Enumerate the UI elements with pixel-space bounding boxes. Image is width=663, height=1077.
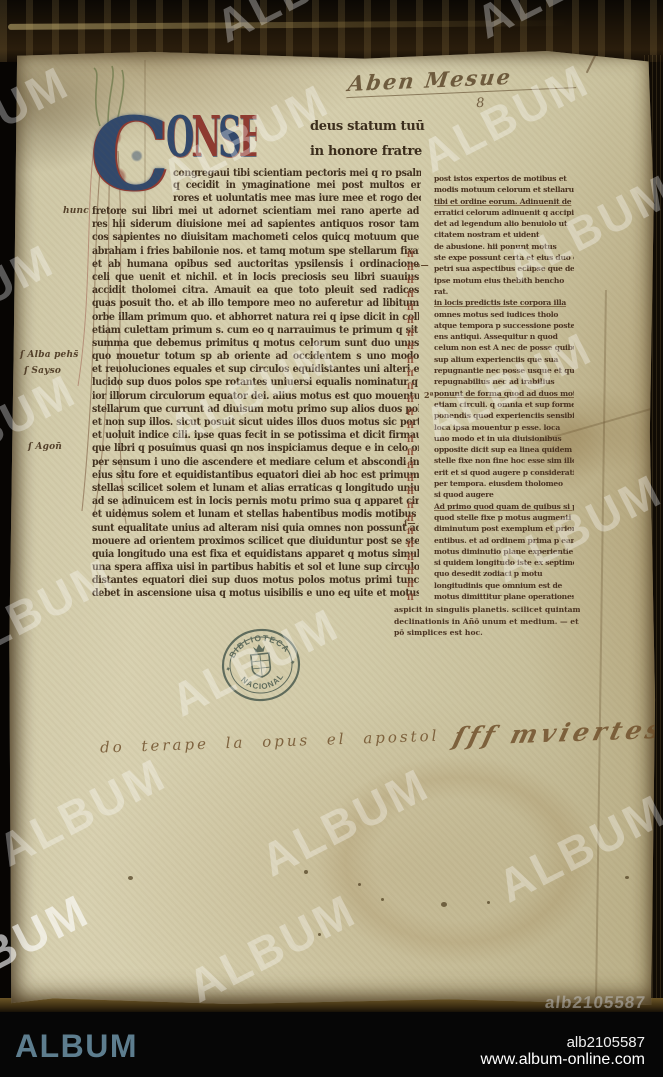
album-logo: ALBUM: [15, 1028, 138, 1065]
manuscript-text-line: etiam culettam primum s. cum eo q narrau…: [92, 323, 419, 337]
display-letter: N: [191, 108, 218, 170]
display-letter: E: [239, 108, 257, 170]
display-letter: O: [166, 108, 191, 170]
gloss-line: opposite dicit sup ea linea quidem: [434, 444, 574, 455]
gloss-line: repugnantie nec posse usque et que: [434, 365, 574, 376]
gloss-line: uno modo et in uia diuisionibus: [434, 433, 574, 444]
manuscript-text-line: congregaui tibi scientiam pectoris mei q…: [173, 168, 421, 181]
manuscript-text-line: lucido sup duos polos spe rotantes uniue…: [92, 376, 419, 390]
illuminated-initial: C: [90, 106, 168, 210]
gloss-line: quod stelle fixe p motus augmenti: [434, 512, 574, 523]
display-letter: S: [218, 108, 239, 170]
gloss-line: erratici celorum adinuenit q accipit: [434, 207, 574, 218]
manuscript-text-line: celi que uenit et nichil. et in locis pr…: [92, 271, 419, 285]
gloss-line: longitudinis que omnium est de: [434, 580, 574, 591]
manuscript-text-line: cos sapientes no diuisitam machometi cel…: [92, 231, 419, 245]
manuscript-text-line: distantes equatori diei sup duos motus p…: [92, 574, 419, 588]
gloss-line: ste expe possunt certa et eius duo circu…: [434, 252, 574, 263]
paragraph-mark: ſſ: [407, 393, 419, 406]
gloss-line: post istos expertos de motibus et: [434, 173, 574, 184]
manuscript-text-line: et ab humana opibus sed auctoritas ypsil…: [92, 257, 419, 271]
paragraph-mark: ſſ: [407, 499, 419, 512]
manuscript-text-line: mouere ad orientem proximos scilicet que…: [92, 534, 419, 548]
gloss-line: si quod augere: [434, 489, 574, 500]
manuscript-text-line: quo mouetur totum sp ab oriente ad occid…: [92, 350, 419, 364]
manuscript-text-line: abraham i fries babilonie nos. et tamq m…: [92, 244, 419, 258]
gloss-column: post istos expertos de motibus etmodis m…: [434, 173, 574, 602]
paragraph-marks-column: ſſſſſſſſſſſſſſſſſſſſſſſſſſſſſſſſſſſſſſſſ…: [407, 248, 419, 604]
gloss-line: per tempora. eiusdem tholomeo: [434, 478, 574, 489]
gloss-line: si quidem longitudo iste ex septimo: [434, 557, 574, 568]
paragraph-mark: ſſ: [407, 419, 419, 432]
manuscript-text-line: q cecidit in ymaginatione mei post multo…: [173, 180, 421, 193]
manuscript-text-line: quas posuit tho. et ab illo tempore meo …: [92, 297, 419, 311]
paragraph-mark: ſſ: [407, 538, 419, 551]
gloss-line: tibi et ordine eorum. Adinuenit de: [434, 196, 574, 207]
manuscript-text-line: sunt equalitate unius ad alteram nisi qu…: [92, 521, 419, 535]
gloss-mark: ſ—: [404, 518, 415, 528]
paragraph-mark: ſſ: [407, 591, 419, 604]
incipit-line: in honore fratre: [310, 139, 426, 164]
stamp-side-cross: ✦: [290, 658, 297, 667]
gloss-line: rat.: [434, 286, 574, 297]
gloss-line: etiam circuli. q omnia et sup forme e: [434, 399, 574, 410]
gloss-line: repugnabilius nec ad irabilius: [434, 376, 574, 387]
manuscript-text-line: summa que debemus primitus q motus celor…: [92, 337, 419, 351]
manuscript-text-line: et uoluit indice cili. ipse quas fecit i…: [92, 429, 419, 443]
incipit-lines: deus statum tuū in honore fratre: [310, 114, 426, 164]
manuscript-text-line: stellarum que currunt ad diuisum motu pr…: [92, 403, 419, 417]
shelf-mark: 8: [475, 96, 485, 111]
manuscript-text-line: ior illorum circulorum equator dei. aliu…: [92, 389, 419, 403]
gloss-line: citatem nostram et uident: [434, 229, 574, 240]
paragraph-mark: ſſ: [407, 446, 419, 459]
water-stain: [308, 750, 608, 970]
gloss-line: celum non est A nec de posse quibus: [434, 342, 574, 353]
manuscript-text-line: per sensum i uno die ascendere et mediar…: [92, 455, 419, 469]
manuscript-text-line: una spera affixa uisi in partibus habiti…: [92, 561, 419, 575]
gloss-line: aspicit in singulis planetis. scilicet q…: [394, 604, 580, 616]
manuscript-text-line: que libri q posuimus quasi qn nos inspic…: [92, 442, 419, 456]
inscription-text: do terape la opus el apostol: [100, 727, 440, 757]
margin-note: ſ Sayso: [24, 366, 61, 376]
paragraph-mark: ſſ: [407, 314, 419, 327]
gloss-line: sup alium experienciis que sua: [434, 354, 574, 365]
gloss-line: de abusione. hii ponunt motus: [434, 241, 574, 252]
manuscript-text-line: res hii siderum diuisione mei ad sapient…: [92, 218, 419, 232]
margin-note: ſ Agon̄: [28, 442, 62, 452]
paragraph-mark: ſſ: [407, 288, 419, 301]
credit-block: alb2105587 www.album-online.com: [480, 1034, 645, 1068]
gloss-line: motus dimittitur plane operationes: [434, 591, 574, 602]
gloss-mark: ∞—: [414, 260, 429, 270]
indented-text-block: congregaui tibi scientiam pectoris mei q…: [173, 168, 421, 205]
gloss-line: loca ipsa mouentur p esse. loca: [434, 422, 574, 433]
gloss-line: ponendis quod experienciis sensibilis: [434, 410, 574, 421]
manuscript-text-line: accidit tholomei citra. Amauit ea que to…: [92, 284, 419, 298]
manuscript-text-line: rores et uoluntatis mee mas iure mee et …: [173, 193, 421, 206]
paragraph-mark: ſſ: [407, 472, 419, 485]
paragraph-mark: ſſ: [407, 551, 419, 564]
flyleaf-title: Aben Mesue: [346, 61, 579, 98]
gloss-mark: 2ª: [424, 390, 433, 400]
ownership-inscription: do terape la opus el apostol ſff mvierte…: [100, 721, 588, 760]
paragraph-mark: ſſ: [407, 340, 419, 353]
paragraph-mark: ſſ: [407, 578, 419, 591]
initial-letter: C: [90, 95, 170, 213]
incipit-line: deus statum tuū: [310, 114, 426, 139]
paragraph-mark: ſſ: [407, 565, 419, 578]
paragraph-mark: ſſ: [407, 327, 419, 340]
gloss-line: diminutum post exemplum et prioribus: [434, 523, 574, 534]
paragraph-mark: ſſ: [407, 367, 419, 380]
manuscript-text-line: et reuoluciones equales et sup circulos …: [92, 363, 419, 377]
gloss-line: ens antiqui. Assequitur n quod: [434, 331, 574, 342]
gloss-line: motus diminutio plane experientie: [434, 546, 574, 557]
gloss-line: pō simplices est hoc.: [394, 627, 580, 639]
corner-pen-mark: [586, 55, 597, 74]
gloss-line: erit et si quod augere p considerationem: [434, 467, 574, 478]
gloss-line: det ad legendum alio benuiolo ut: [434, 218, 574, 229]
gloss-line: ponunt de forma quod ad duos motus: [434, 388, 574, 399]
manuscript-text-line: fretore sui libri mei ut adornet scienti…: [92, 205, 419, 219]
gloss-line: omnes motus sed iudices tholo: [434, 309, 574, 320]
paragraph-mark: ſſ: [407, 274, 419, 287]
credit-bar: ALBUM alb2105587 www.album-online.com: [0, 1012, 663, 1077]
inscription-signatures: ſff mviertes ffñō ffō: [451, 714, 663, 749]
gloss-line: declinationis in Añō unum et medium. — e…: [394, 616, 580, 628]
paragraph-mark: ſſ: [407, 380, 419, 393]
paragraph-mark: ſſ: [407, 485, 419, 498]
paragraph-mark: ſſ: [407, 301, 419, 314]
gloss-line: atque tempora p successione posteriori: [434, 320, 574, 331]
paragraph-mark: ſſ: [407, 433, 419, 446]
paragraph-mark: ſſ: [407, 459, 419, 472]
margin-note: ſ Alba pehs̄: [20, 350, 79, 360]
gloss-line: petri sua aspectibus eclipse que def: [434, 263, 574, 274]
paragraph-mark: ſſ: [407, 406, 419, 419]
main-text-block: fretore sui libri mei ut adornet scienti…: [92, 205, 419, 601]
manuscript-text-line: stellas scilicet solem et lunam et alias…: [92, 482, 419, 496]
parchment-page: Aben Mesue 8 C ONSERVET deus statum tuū …: [8, 50, 657, 1005]
photo-id-watermark: alb2105587: [544, 993, 647, 1013]
gloss-tail-lines: aspicit in singulis planetis. scilicet q…: [394, 604, 580, 639]
agency-website: www.album-online.com: [480, 1051, 645, 1068]
stamp-crown-icon: [253, 643, 266, 652]
gloss-line: quo desedit zodiaci p motu: [434, 568, 574, 579]
manuscript-text-line: ad se adinuicem est in locis pernis motu…: [92, 495, 419, 509]
photo-reference: alb2105587: [480, 1034, 645, 1051]
gloss-line: stelle fixe non fine hoc esse sim illo: [434, 455, 574, 466]
paragraph-mark: ſſ: [407, 354, 419, 367]
gloss-line: entibus. et ad ordinem prima p eandem: [434, 535, 574, 546]
gloss-line: Ad primo quod quam de quibus si prima: [434, 501, 574, 512]
gloss-line: modis motuum celorum et stellarum isti: [434, 184, 574, 195]
margin-note: hunc: [63, 206, 89, 216]
manuscript-text-line: eius situ fore et equidistantibus equato…: [92, 468, 419, 482]
manuscript-text-line: et uidemus solem et lunam et stellas hab…: [92, 508, 419, 522]
manuscript-text-line: et non sup illos. sicut posuit sicut uid…: [92, 416, 419, 430]
manuscript-text-line: debet in ascensione uisa q motus uisibil…: [92, 587, 419, 601]
gloss-line: in locis predictis iste corpora illa: [434, 297, 574, 308]
page-crease: [595, 290, 607, 1000]
manuscript-text-line: quia longitudo una est fixa et equidista…: [92, 548, 419, 562]
library-stamp: BIBLIOTECA NACIONAL ✦ ✦: [214, 620, 308, 711]
manuscript-text-line: orbe illam primum quo. et abhorret natur…: [92, 310, 419, 324]
gloss-line: ipse motum eius thebith bencho: [434, 275, 574, 286]
stamp-side-cross: ✦: [225, 665, 232, 674]
stock-photo-frame: Aben Mesue 8 C ONSERVET deus statum tuū …: [0, 0, 663, 1077]
display-word: ONSERVET: [166, 108, 256, 170]
